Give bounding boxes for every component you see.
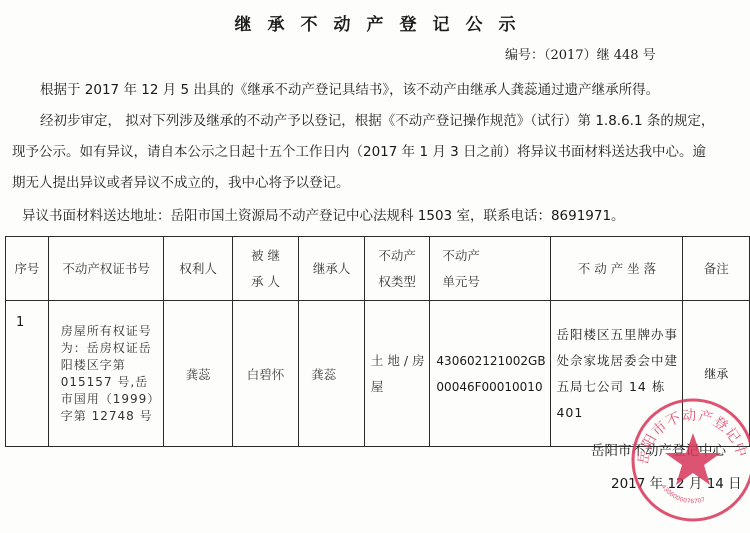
cell-cert: 房屋所有权证号为：岳房权证岳阳楼区字第 015157 号,岳市国用（1999）字… bbox=[48, 301, 164, 447]
paragraph-basis: 根据于 2017 年 12 月 5 出具的《继承不动产登记具结书》，该不动产由继… bbox=[40, 80, 659, 100]
header-type-line2: 权类型 bbox=[365, 269, 430, 295]
header-unit: 不动产 单元号 bbox=[430, 237, 551, 301]
header-type-line1: 不动产 bbox=[365, 243, 430, 269]
page-title: 继承不动产登记公示 bbox=[0, 10, 750, 35]
header-decedent: 被 继 承 人 bbox=[232, 237, 298, 301]
cell-heir: 龚蕊 bbox=[299, 301, 365, 447]
cell-note: 继承 bbox=[683, 301, 750, 447]
header-decedent-line2: 承 人 bbox=[233, 269, 298, 295]
header-type: 不动产 权类型 bbox=[364, 237, 430, 301]
table-header-row: 序号 不动产权证书号 权利人 被 继 承 人 继承人 不动产 权类型 不动产 单… bbox=[6, 237, 750, 301]
paragraph-review: 经初步审定， 拟对下列涉及继承的不动产予以登记，根据《不动产登记操作规范》（试行… bbox=[40, 111, 714, 131]
registration-table: 序号 不动产权证书号 权利人 被 继 承 人 继承人 不动产 权类型 不动产 单… bbox=[5, 236, 750, 447]
header-note: 备注 bbox=[683, 237, 750, 301]
header-location: 不 动 产 坐 落 bbox=[551, 237, 683, 301]
cell-owner: 龚蕊 bbox=[164, 301, 232, 447]
header-decedent-line1: 被 继 bbox=[233, 243, 298, 269]
paragraph-objection-period: 现予公示。如有异议，请自本公示之日起十五个工作日内（2017 年 1 月 3 日… bbox=[12, 142, 706, 162]
cell-seq: 1 bbox=[6, 301, 49, 447]
header-owner: 权利人 bbox=[164, 237, 232, 301]
table-row: 1 房屋所有权证号为：岳房权证岳阳楼区字第 015157 号,岳市国用（1999… bbox=[6, 301, 750, 447]
document-number: 编号：（2017）继 448 号 bbox=[505, 44, 656, 63]
header-unit-line1: 不动产 bbox=[442, 243, 550, 269]
header-unit-line2: 单元号 bbox=[442, 269, 550, 295]
signature-organization: 岳阳市不动产登记中心 bbox=[591, 439, 726, 459]
cell-type: 土 地 / 房屋 bbox=[364, 301, 430, 447]
signature-date: 2017 年 12 月 14 日 bbox=[611, 472, 742, 492]
header-heir: 继承人 bbox=[299, 237, 365, 301]
header-cert: 不动产权证书号 bbox=[48, 237, 164, 301]
paragraph-address: 异议书面材料送达地址：岳阳市国土资源局不动产登记中心法规科 1503 室，联系电… bbox=[22, 206, 625, 226]
header-seq: 序号 bbox=[6, 237, 49, 301]
cell-decedent: 白碧怀 bbox=[232, 301, 298, 447]
paragraph-registration: 期无人提出异议或者异议不成立的，我中心将予以登记。 bbox=[12, 173, 350, 193]
cell-unit: 430602121002GB00046F00010010 bbox=[430, 301, 551, 447]
cell-location: 岳阳楼区五里牌办事处佘家垅居委会中建五局七公司 14 栋 401 bbox=[551, 301, 683, 447]
